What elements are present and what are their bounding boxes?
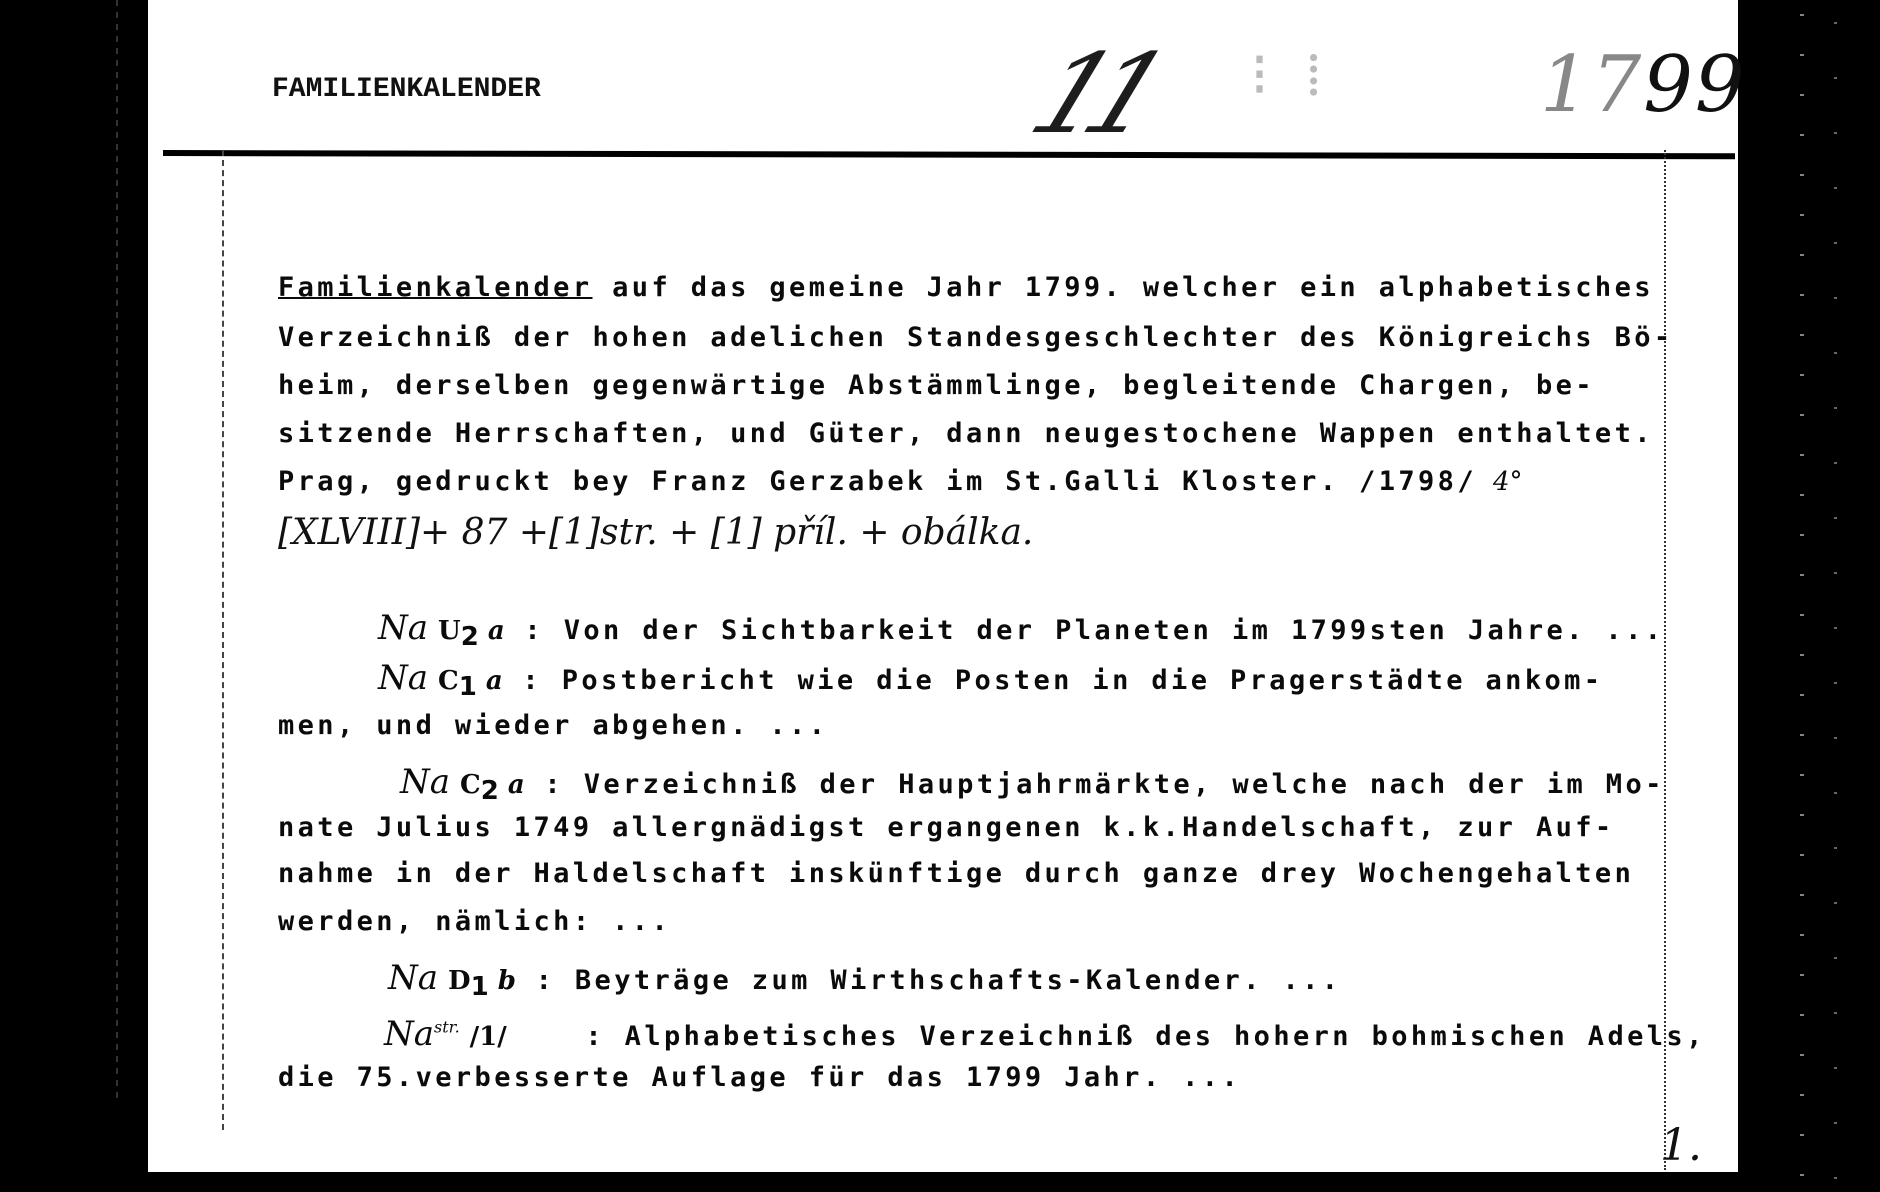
entry-4: NaD1 b : Beyträge zum Wirthschafts-Kalen…: [388, 958, 1341, 1002]
description-line-5: Prag, gedruckt bey Franz Gerzabek im St.…: [278, 466, 1523, 497]
entry-prefix-text: Na: [384, 1014, 434, 1054]
entry-2-continuation: men, und wieder abgehen. ...: [278, 710, 828, 741]
entry-signature: D1 b: [448, 966, 516, 996]
handwritten-page-mark: 1.: [1660, 1120, 1702, 1171]
sig-suffix: a: [508, 770, 525, 800]
sig-letter: C: [438, 666, 459, 696]
entry-text: : Beyträge zum Wirthschafts-Kalender. ..…: [536, 965, 1342, 996]
scan-noise: [1834, 0, 1837, 1192]
entry-prefix-sup: str.: [434, 1018, 460, 1037]
sig-num: 1: [459, 672, 477, 702]
left-margin-guide: [222, 150, 224, 1130]
scan-noise: [1800, 0, 1804, 1192]
description-line-4: sitzende Herrschaften, und Güter, dann n…: [278, 418, 1654, 449]
entry-3-continuation-1: nate Julius 1749 allergnädigst ergangene…: [278, 812, 1615, 843]
entry-text: : Alphabetisches Verzeichniß des hohern …: [585, 1021, 1705, 1052]
entry-text: : Von der Sichtbarkeit der Planeten im 1…: [524, 615, 1664, 646]
description-title: Familienkalender: [278, 272, 593, 303]
entry-3-continuation-3: werden, nämlich: ...: [278, 906, 671, 937]
scan-frame-edge: [116, 0, 118, 1100]
entry-text: : Postbericht wie die Posten in die Prag…: [522, 665, 1603, 696]
entry-5-continuation: die 75.verbesserte Auflage für das 1799 …: [278, 1062, 1241, 1093]
entry-text: : Verzeichniß der Hauptjahrmärkte, welch…: [544, 769, 1664, 800]
format-note: 4°: [1493, 467, 1523, 497]
entry-5: Nastr./1/ : Alphabetisches Verzeichniß d…: [384, 1014, 1706, 1054]
entry-prefix: Na: [378, 658, 428, 698]
entry-prefix: Na: [388, 958, 438, 998]
sig-letter: D: [448, 966, 471, 996]
entry-1: NaU2 a : Von der Sichtbarkeit der Planet…: [378, 608, 1664, 652]
entry-signature: /1/: [470, 1022, 507, 1052]
collation-handwritten: [XLVIII]+ 87 +[1]str. + [1] příl. + obál…: [278, 512, 1033, 553]
description-line-1-rest: auf das gemeine Jahr 1799. welcher ein a…: [593, 272, 1654, 303]
scan-bottom-edge: [148, 1172, 1738, 1192]
description-line-1: Familienkalender auf das gemeine Jahr 17…: [278, 272, 1654, 303]
sig-suffix: b: [498, 966, 516, 996]
sig-suffix: a: [486, 666, 503, 696]
description-line-3: heim, derselben gegenwärtige Abstämmling…: [278, 370, 1595, 401]
entry-prefix: Nastr.: [384, 1014, 460, 1054]
entry-signature: U2 a: [438, 616, 505, 646]
entry-signature: C2 a: [460, 770, 525, 800]
sig-num: 1: [471, 972, 489, 1002]
card-header-title: FAMILIENKALENDER: [272, 74, 541, 105]
description-line-2: Verzeichniß der hohen adelichen Standesg…: [278, 322, 1674, 353]
sig-num: 2: [481, 776, 499, 806]
imprint-text: Prag, gedruckt bey Franz Gerzabek im St.…: [278, 466, 1477, 497]
year-faint-part: 17: [1540, 40, 1643, 130]
entry-2: NaC1 a : Postbericht wie die Posten in d…: [378, 658, 1603, 702]
entry-prefix: Na: [400, 762, 450, 802]
sig-suffix: a: [488, 616, 505, 646]
handwritten-year: 1799: [1540, 40, 1747, 130]
sig-num: 2: [461, 622, 479, 652]
faint-stamp-marks: ⁝ ⁞: [1250, 40, 1322, 110]
entry-signature: C1 a: [438, 666, 503, 696]
entry-3-continuation-2: nahme in der Haldelschaft inskünftige du…: [278, 858, 1634, 889]
year-bold-part: 99: [1643, 40, 1746, 130]
sig-letter: U: [438, 616, 461, 646]
entry-prefix: Na: [378, 608, 428, 648]
entry-3: NaC2 a : Verzeichniß der Hauptjahrmärkte…: [400, 762, 1665, 806]
sig-letter: C: [460, 770, 481, 800]
